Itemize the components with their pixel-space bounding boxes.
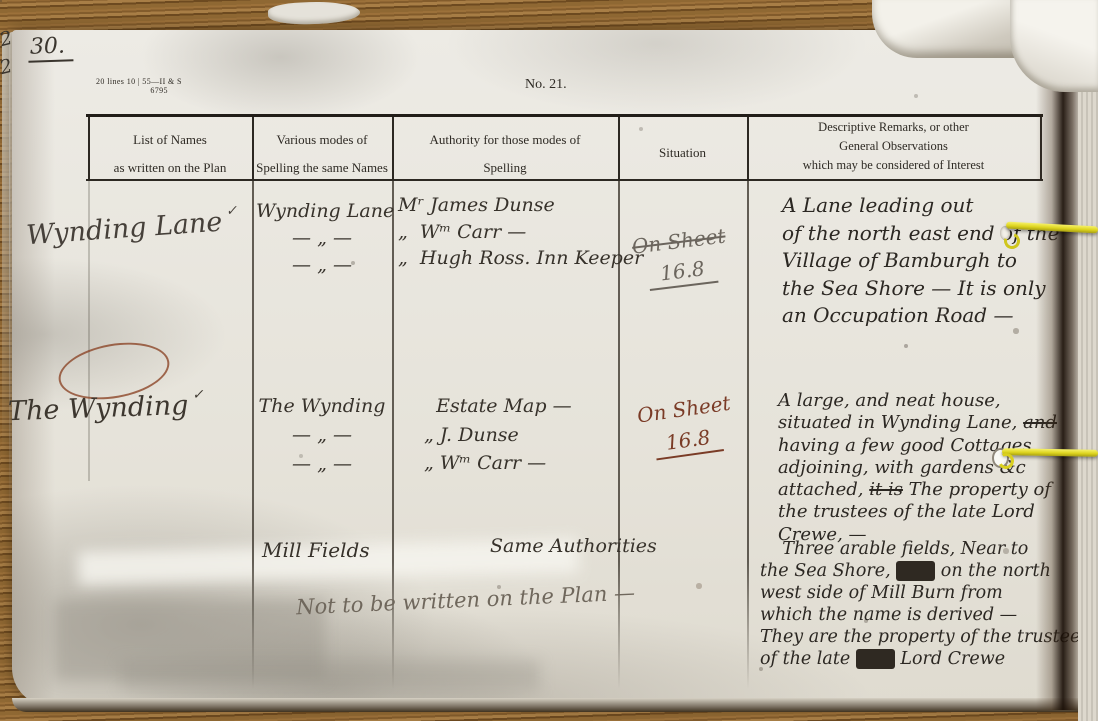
sheet-number: No. 21. (525, 77, 567, 93)
entry-1-remarks: A Lane leading outof the north east end … (782, 192, 1060, 330)
column-header-spellings: Various modes ofSpelling the same Names (252, 126, 392, 182)
entry-1-authorities: Mʳ James Dunse„ Wᵐ Carr —„ Hugh Ross. In… (398, 192, 643, 272)
graphite-smudge-2 (120, 660, 540, 690)
page-bottom-edge (12, 698, 1086, 712)
body-divider-1 (252, 181, 254, 689)
column-header-names: List of Namesas written on the Plan (88, 126, 252, 182)
entry-2-remarks: A large, and neat house,situated in Wynd… (778, 390, 1057, 546)
form-print-line-1: 20 lines 10 | 55—II & S (96, 77, 182, 86)
entry-2-authorities: Estate Map —„ J. Dunse„ Wᵐ Carr — (424, 392, 572, 478)
page-stack-right (1078, 0, 1098, 721)
column-header-remarks: Descriptive Remarks, or otherGeneral Obs… (747, 118, 1040, 175)
scanned-register-photo: 30. 2 2 20 lines 10 | 55—II & S 6795 No.… (0, 0, 1098, 721)
entry-3-authorities: Same Authorities (490, 535, 657, 557)
torn-paper-fragment (268, 0, 361, 25)
form-print-reference: 20 lines 10 | 55—II & S 6795 (96, 77, 182, 95)
paper-specks (0, 0, 2, 2)
table-top-rule (86, 114, 1043, 117)
entry-2-spellings: The Wynding— „ —— „ — (256, 392, 388, 479)
column-header-situation: Situation (618, 139, 747, 167)
entry-3-name: Mill Fields (262, 538, 370, 562)
column-header-authority: Authority for those modes ofSpelling (392, 126, 618, 182)
leaf-number: 30. (28, 33, 74, 63)
form-print-line-2: 6795 (96, 86, 182, 95)
entry-1-spellings: Wynding Lane— „ —— „ — (256, 198, 388, 279)
entry-2-name: The Wynding ✓ (7, 387, 204, 428)
